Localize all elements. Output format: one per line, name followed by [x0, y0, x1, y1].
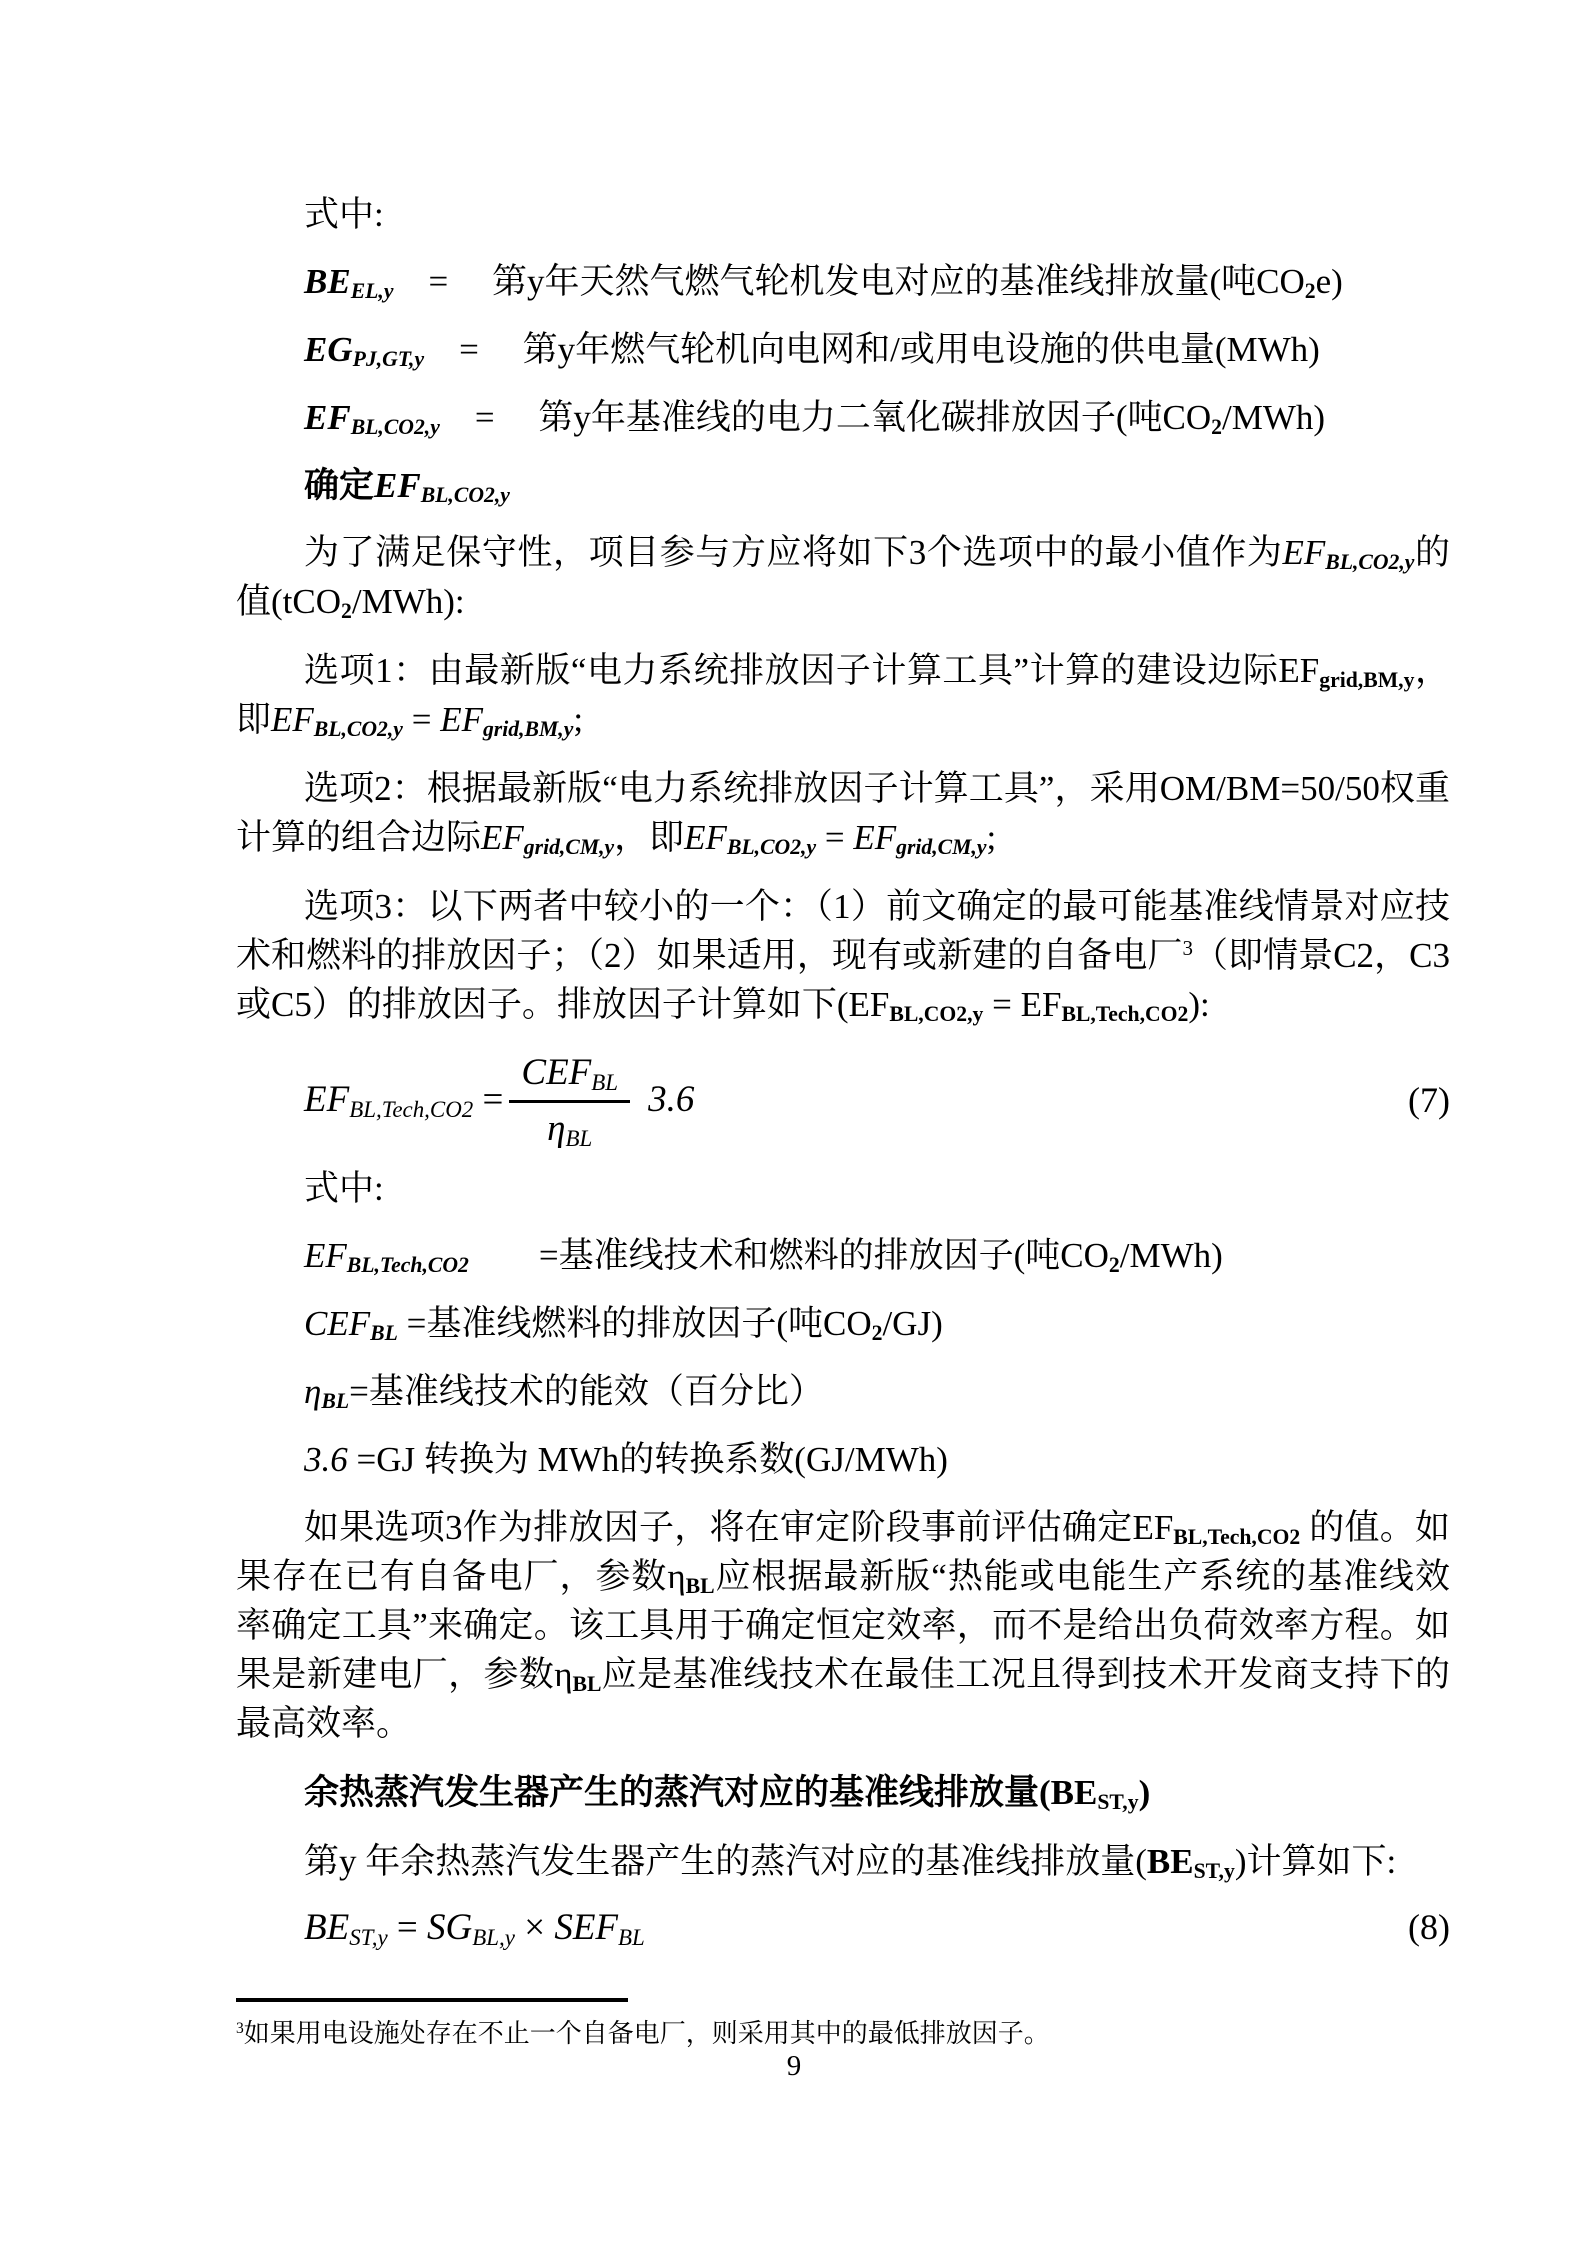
equation-7-number: (7) — [1408, 1079, 1450, 1121]
equation-7-lhs: EFBL,Tech,CO2 = — [304, 1078, 503, 1121]
footnote-3: 3如果用电设施处存在不止一个自备电厂，则采用其中的最低排放因子。 — [236, 2016, 1450, 2052]
definition-3-6: 3.6 =GJ 转换为 MWh的转换系数(GJ/MWh) — [236, 1435, 1450, 1484]
paragraph-option3-note: 如果选项3作为排放因子，将在审定阶段事前评估确定EFBL,Tech,CO2 的值… — [236, 1503, 1450, 1748]
equation-8-expression: BEST,y = SGBL,y × SEFBL — [304, 1906, 645, 1949]
heading-steam-baseline-emissions: 余热蒸汽发生器产生的蒸汽对应的基准线排放量(BEST,y) — [236, 1768, 1450, 1817]
paragraph-conservativeness: 为了满足保守性，项目参与方应将如下3个选项中的最小值作为EFBL,CO2,y的值… — [236, 528, 1450, 626]
definition-ef-bl-tech-co2: EFBL,Tech,CO2 =基准线技术和燃料的排放因子(吨CO2/MWh) — [236, 1231, 1450, 1280]
equation-7-expression: EFBL,Tech,CO2 = CEFBL ηBL 3.6 — [304, 1049, 694, 1150]
definition-cef-bl: CEFBL =基准线燃料的排放因子(吨CO2/GJ) — [236, 1299, 1450, 1348]
paragraph-option3: 选项3：以下两者中较小的一个：（1）前文确定的最可能基准线情景对应技术和燃料的排… — [236, 882, 1450, 1029]
equation-7: EFBL,Tech,CO2 = CEFBL ηBL 3.6 (7) — [236, 1049, 1450, 1150]
definition-ef-bl-co2-y: EFBL,CO2,y = 第y年基准线的电力二氧化碳排放因子(吨CO2/MWh) — [236, 393, 1450, 442]
equation-7-denominator: ηBL — [547, 1103, 592, 1150]
definition-eta-bl: ηBL=基准线技术的能效（百分比） — [236, 1367, 1450, 1416]
equation-8-number: (8) — [1408, 1906, 1450, 1948]
page-number: 9 — [0, 2050, 1588, 2083]
where-clause-1: 式中: — [236, 190, 1450, 239]
equation-7-fraction: CEFBL ηBL — [509, 1049, 630, 1150]
definition-eg-pj-gt-y: EGPJ,GT,y = 第y年燃气轮机向电网和/或用电设施的供电量(MWh) — [236, 325, 1450, 374]
document-page: 式中: BEEL,y = 第y年天然气燃气轮机发电对应的基准线排放量(吨CO2e… — [0, 0, 1588, 2245]
equation-7-factor: 3.6 — [648, 1078, 694, 1121]
where-clause-2: 式中: — [236, 1164, 1450, 1213]
paragraph-option2: 选项2：根据最新版“电力系统排放因子计算工具”，采用OM/BM=50/50权重计… — [236, 764, 1450, 862]
footnote-separator — [236, 1998, 628, 2002]
document-content: 式中: BEEL,y = 第y年天然气燃气轮机发电对应的基准线排放量(吨CO2e… — [236, 190, 1450, 1959]
equation-8: BEST,y = SGBL,y × SEFBL (8) — [236, 1906, 1450, 1949]
paragraph-steam-baseline-intro: 第y 年余热蒸汽发生器产生的蒸汽对应的基准线排放量(BEST,y)计算如下: — [236, 1837, 1450, 1886]
definition-be-el-y: BEEL,y = 第y年天然气燃气轮机发电对应的基准线排放量(吨CO2e) — [236, 257, 1450, 306]
heading-determine-ef: 确定EFBL,CO2,y — [236, 461, 1450, 510]
equation-7-numerator: CEFBL — [509, 1049, 630, 1103]
footnote-area: 3如果用电设施处存在不止一个自备电厂，则采用其中的最低排放因子。 — [236, 1998, 1450, 2052]
paragraph-option1: 选项1：由最新版“电力系统排放因子计算工具”计算的建设边际EFgrid,BM,y… — [236, 646, 1450, 744]
